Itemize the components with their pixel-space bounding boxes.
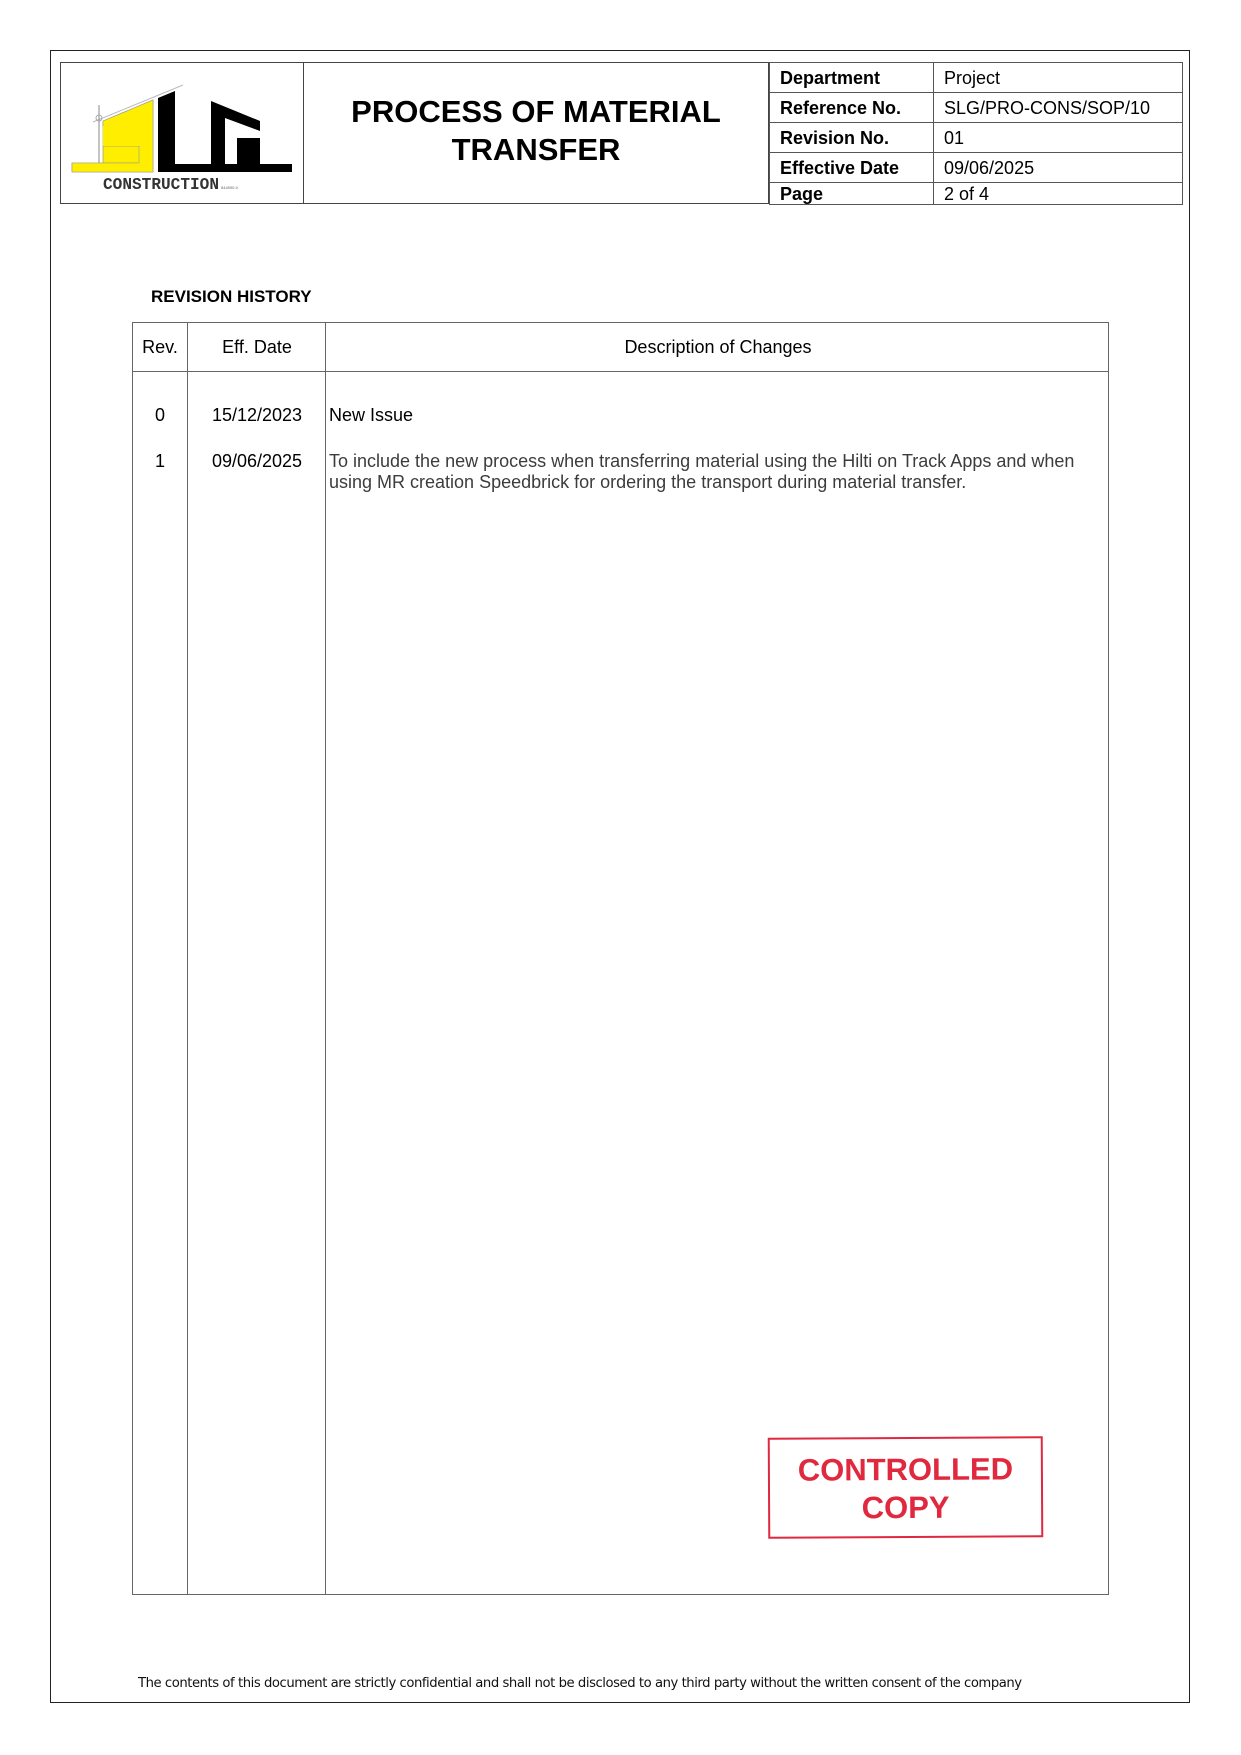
meta-label: Reference No. xyxy=(770,93,934,123)
meta-value: 2 of 4 xyxy=(934,183,1183,205)
meta-value: 09/06/2025 xyxy=(934,153,1183,183)
revision-history-heading: REVISION HISTORY xyxy=(151,287,312,307)
document-header: CONSTRUCTION 844590-V PROCESS OF MATERIA… xyxy=(60,62,1183,204)
document-title: PROCESS OF MATERIAL TRANSFER xyxy=(304,62,769,204)
meta-label: Department xyxy=(770,63,934,93)
header-divider xyxy=(133,371,1108,372)
stamp-line-2: COPY xyxy=(770,1488,1041,1527)
svg-text:CONSTRUCTION: CONSTRUCTION xyxy=(103,176,219,195)
row-0-rev: 0 xyxy=(133,405,187,425)
meta-value: 01 xyxy=(934,123,1183,153)
confidentiality-footer: The contents of this document are strict… xyxy=(138,1676,1022,1691)
controlled-copy-stamp: CONTROLLED COPY xyxy=(768,1436,1044,1538)
title-line-1: PROCESS OF MATERIAL xyxy=(351,93,721,131)
row-1-rev: 1 xyxy=(133,451,187,471)
row-1-date: 09/06/2025 xyxy=(188,451,326,471)
column-divider xyxy=(325,323,326,1594)
stamp-line-1: CONTROLLED xyxy=(770,1450,1041,1489)
row-1-description-line-2: using MR creation Speedbrick for orderin… xyxy=(329,472,1109,492)
svg-text:844590-V: 844590-V xyxy=(221,185,239,190)
meta-row-effective-date: Effective Date 09/06/2025 xyxy=(770,153,1183,183)
meta-value: Project xyxy=(934,63,1183,93)
meta-label: Effective Date xyxy=(770,153,934,183)
column-divider xyxy=(187,323,188,1594)
meta-label: Page xyxy=(770,183,934,205)
title-line-2: TRANSFER xyxy=(351,131,721,169)
meta-row-revision: Revision No. 01 xyxy=(770,123,1183,153)
slg-construction-logo-icon: CONSTRUCTION 844590-V xyxy=(61,63,305,205)
row-1-description-line-1: To include the new process when transfer… xyxy=(329,451,1109,471)
column-header-description: Description of Changes xyxy=(326,337,1110,357)
company-logo: CONSTRUCTION 844590-V xyxy=(60,62,304,204)
row-0-description: New Issue xyxy=(329,405,1109,425)
meta-row-page: Page 2 of 4 xyxy=(770,183,1183,205)
meta-row-reference: Reference No. SLG/PRO-CONS/SOP/10 xyxy=(770,93,1183,123)
row-0-date: 15/12/2023 xyxy=(188,405,326,425)
document-meta-table: Department Project Reference No. SLG/PRO… xyxy=(769,62,1183,205)
column-header-rev: Rev. xyxy=(133,337,187,357)
meta-row-department: Department Project xyxy=(770,63,1183,93)
revision-history-table: Rev. Eff. Date Description of Changes 0 … xyxy=(132,322,1109,1595)
column-header-eff-date: Eff. Date xyxy=(188,337,326,357)
meta-label: Revision No. xyxy=(770,123,934,153)
meta-value: SLG/PRO-CONS/SOP/10 xyxy=(934,93,1183,123)
